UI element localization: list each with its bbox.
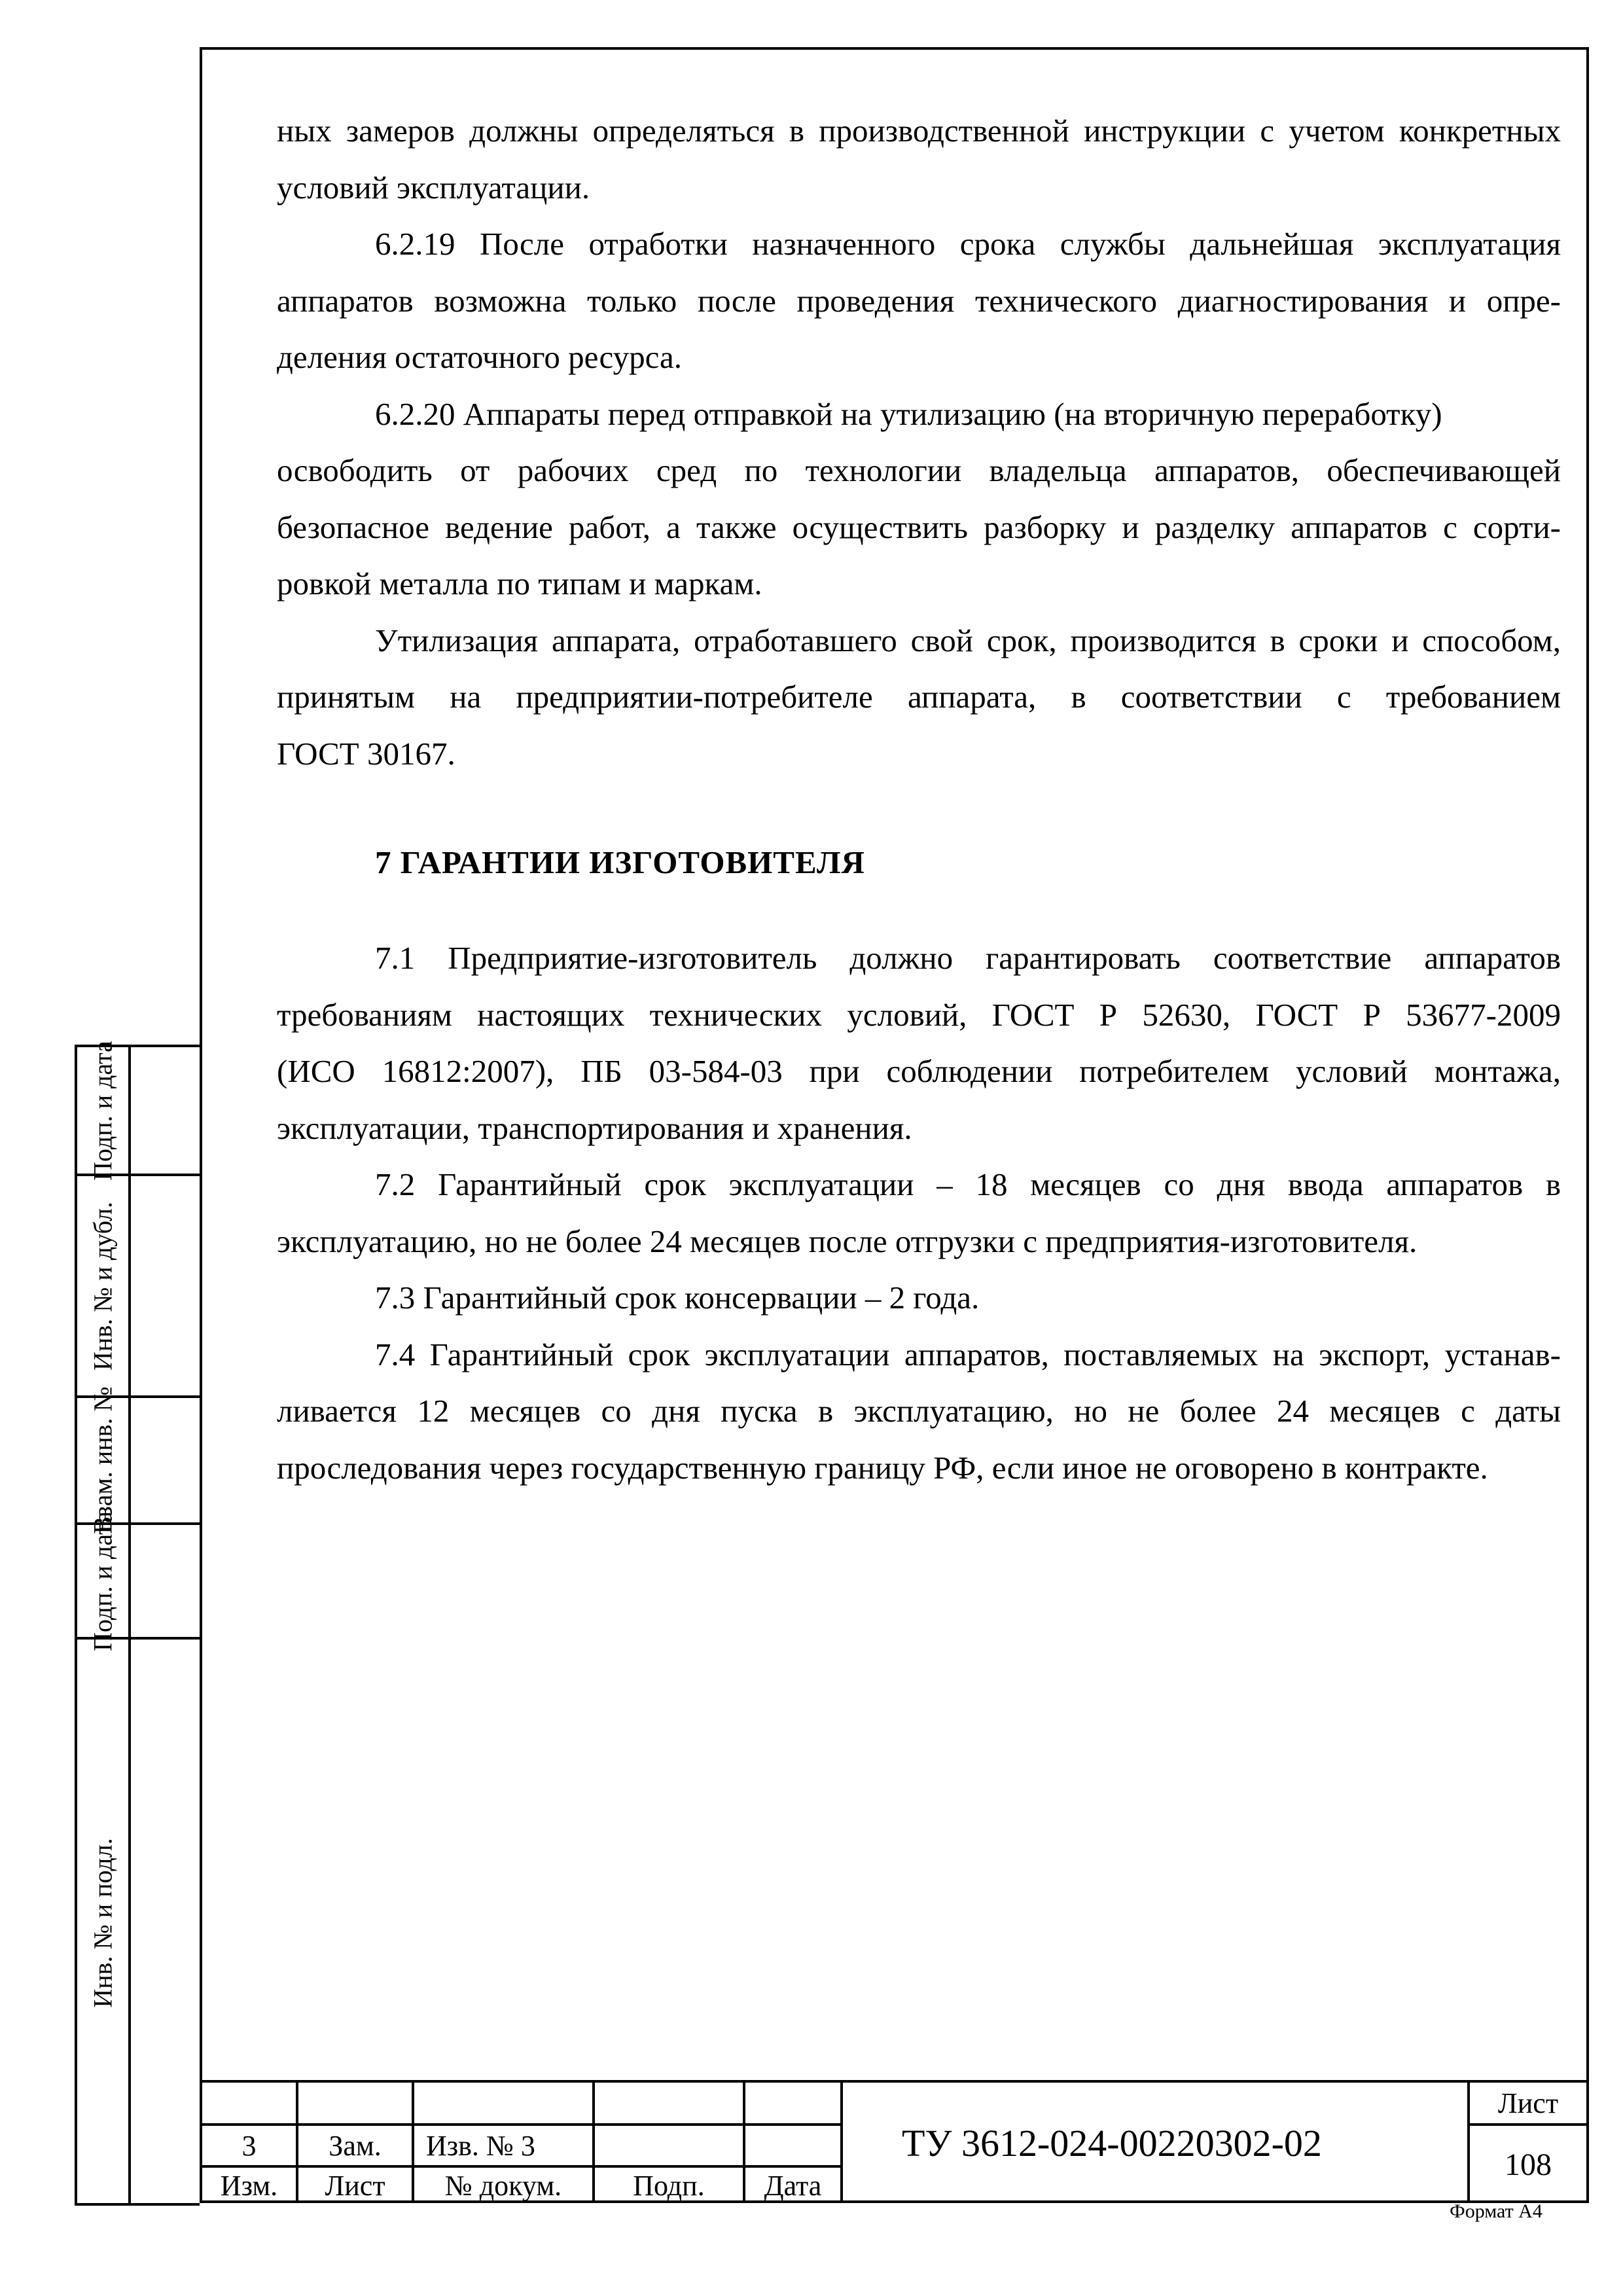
tb-change-date	[743, 2123, 840, 2165]
tb-cell	[296, 2080, 412, 2123]
text-line: 6.2.19 После отработки назначенного срок…	[375, 224, 1561, 264]
text-line: ГОСТ 30167.	[277, 734, 1561, 774]
tb-change-doc: Изв. № 3	[412, 2123, 592, 2165]
text-line: эксплуатации, транспортирования и хранен…	[277, 1109, 1561, 1148]
sheet-label: Лист	[1467, 2080, 1589, 2123]
tb-header-izm: Изм.	[200, 2165, 296, 2203]
text-line: условий эксплуатации.	[277, 168, 1561, 207]
strip-cell-inv-podl: Инв. № и подл.	[77, 1640, 200, 2206]
strip-label: Подп. и дата	[88, 1511, 118, 1651]
title-block: 3 Зам. Изв. № 3 Изм. Лист № докум. Подп.…	[200, 2080, 1589, 2203]
tb-cell	[200, 2080, 296, 2123]
document-code: ТУ 3612-024-00220302-02	[840, 2080, 1467, 2203]
tb-header-doc: № докум.	[412, 2165, 592, 2203]
text-line: принятым на предприятии-потребителе аппа…	[277, 677, 1561, 717]
tb-change-number: 3	[200, 2123, 296, 2165]
text-line: 7.3 Гарантийный срок консервации – 2 год…	[375, 1278, 1561, 1318]
tb-header-data: Дата	[743, 2165, 840, 2203]
text-line: 7.4 Гарантийный срок эксплуатации аппара…	[375, 1335, 1561, 1374]
text-line: Утилизация аппарата, отработавшего свой …	[375, 621, 1561, 660]
text-line: 7.2 Гарантийный срок эксплуатации – 18 м…	[375, 1165, 1561, 1204]
text-line: проследования через государственную гран…	[277, 1448, 1561, 1488]
strip-cell-podp-data-1: Подп. и дата	[77, 1047, 200, 1176]
format-label: Формат А4	[1450, 2200, 1543, 2223]
text-line: ливается 12 месяцев со дня пуска в экспл…	[277, 1391, 1561, 1431]
text-line: ных замеров должны определяться в произв…	[277, 111, 1561, 151]
text-line: эксплуатацию, но не более 24 месяцев пос…	[277, 1222, 1561, 1261]
text-line: требованиям настоящих технических услови…	[277, 996, 1561, 1035]
text-line: 6.2.20 Аппараты перед отправкой на утили…	[375, 395, 1561, 434]
tb-change-signature	[592, 2123, 743, 2165]
strip-cell-inv-dubl: Инв. № и дубл.	[77, 1176, 200, 1398]
text-line: 7.1 Предприятие-изготовитель должно гара…	[375, 939, 1561, 978]
text-line: освободить от рабочих сред по технологии…	[277, 451, 1561, 490]
strip-label: Подп. и дата	[88, 1041, 118, 1181]
tb-cell	[592, 2080, 743, 2123]
text-line: безопасное ведение работ, а также осущес…	[277, 508, 1561, 547]
section-heading: 7 ГАРАНТИИ ИЗГОТОВИТЕЛЯ	[375, 843, 865, 882]
strip-cell-podp-data-2: Подп. и дата	[77, 1525, 200, 1640]
sheet-number: 108	[1467, 2123, 1589, 2203]
text-line: (ИСО 16812:2007), ПБ 03-584-03 при соблю…	[277, 1052, 1561, 1091]
strip-label: Инв. № и подл.	[88, 1838, 118, 2007]
strip-cell-vzam-inv: Взам. инв. №	[77, 1398, 200, 1525]
tb-header-list: Лист	[296, 2165, 412, 2203]
side-stamp-strip: Подп. и дата Инв. № и дубл. Взам. инв. №…	[75, 1045, 200, 2206]
text-line: аппаратов возможна только после проведен…	[277, 281, 1561, 321]
text-line: деления остаточного ресурса.	[277, 338, 1561, 377]
tb-header-podp: Подп.	[592, 2165, 743, 2203]
tb-cell	[743, 2080, 840, 2123]
strip-label: Инв. № и дубл.	[88, 1202, 118, 1371]
tb-cell	[412, 2080, 592, 2123]
tb-change-sheet: Зам.	[296, 2123, 412, 2165]
text-line: ровкой металла по типам и маркам.	[277, 564, 1561, 603]
